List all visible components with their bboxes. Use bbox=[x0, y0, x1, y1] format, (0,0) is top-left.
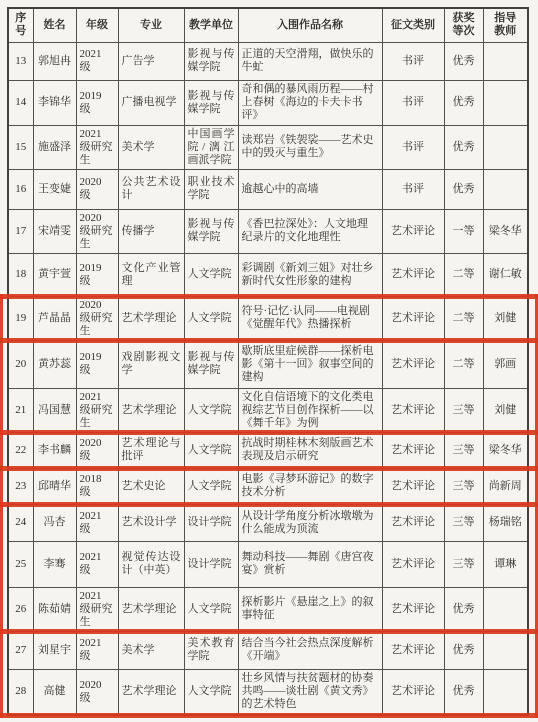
cell-no: 28 bbox=[8, 669, 33, 715]
cell-advisor: 杨瑞铭 bbox=[483, 504, 528, 541]
cell-major: 艺术设计学 bbox=[118, 504, 184, 541]
cell-grade: 2019 级 bbox=[76, 253, 118, 296]
cell-advisor: 尚新周 bbox=[483, 468, 528, 504]
cell-no: 20 bbox=[8, 340, 33, 388]
cell-unit: 人文学院 bbox=[184, 587, 238, 631]
cell-category: 书评 bbox=[382, 42, 444, 80]
cell-no: 17 bbox=[8, 209, 33, 253]
column-header-name: 姓名 bbox=[33, 8, 76, 42]
cell-name: 王变婕 bbox=[33, 169, 76, 209]
cell-grade: 2021 级研究 生 bbox=[76, 587, 118, 631]
cell-award: 三等 bbox=[444, 541, 483, 587]
award-results-table: 序 号姓名年级专业教学单位入围作品名称征文类别获奖 等次指导 教师 13郭旭冉2… bbox=[7, 7, 529, 716]
cell-no: 26 bbox=[8, 587, 33, 631]
cell-major: 艺术学理论 bbox=[118, 388, 184, 432]
cell-work: 文化自信语境下的文化类电视综艺节目创作探析——以《舞千年》为例 bbox=[238, 388, 382, 432]
cell-unit: 人文学院 bbox=[184, 669, 238, 715]
red-marker-hline bbox=[0, 466, 538, 471]
column-header-advisor: 指导 教师 bbox=[483, 8, 528, 42]
table-row: 27刘星宇2021 级美术学美术教育学院结合当今社会热点深度解析《开端》艺术评论… bbox=[8, 631, 528, 669]
cell-category: 艺术评论 bbox=[382, 432, 444, 468]
column-header-grade: 年级 bbox=[76, 8, 118, 42]
table-row: 15施盛泽2021 级研究 生美术学中国画学院/漓江画派学院读郑岩《铁袈裟——艺… bbox=[8, 125, 528, 169]
cell-no: 16 bbox=[8, 169, 33, 209]
red-marker-hline bbox=[0, 629, 538, 634]
cell-award: 优秀 bbox=[444, 631, 483, 669]
cell-award: 二等 bbox=[444, 340, 483, 388]
cell-name: 黄苏蕊 bbox=[33, 340, 76, 388]
cell-no: 14 bbox=[8, 80, 33, 125]
cell-major: 公共艺术设计 bbox=[118, 169, 184, 209]
cell-advisor bbox=[483, 631, 528, 669]
cell-unit: 影视与传媒学院 bbox=[184, 209, 238, 253]
cell-grade: 2020 级 bbox=[76, 669, 118, 715]
cell-unit: 影视与传媒学院 bbox=[184, 340, 238, 388]
cell-no: 18 bbox=[8, 253, 33, 296]
column-header-work: 入围作品名称 bbox=[238, 8, 382, 42]
cell-category: 艺术评论 bbox=[382, 296, 444, 340]
cell-name: 刘星宇 bbox=[33, 631, 76, 669]
cell-grade: 2021 级 bbox=[76, 631, 118, 669]
cell-category: 书评 bbox=[382, 125, 444, 169]
cell-name: 高健 bbox=[33, 669, 76, 715]
cell-major: 艺术学理论 bbox=[118, 587, 184, 631]
header-row: 序 号姓名年级专业教学单位入围作品名称征文类别获奖 等次指导 教师 bbox=[8, 8, 528, 42]
cell-grade: 2020 级研究 生 bbox=[76, 296, 118, 340]
cell-major: 艺术学理论 bbox=[118, 296, 184, 340]
cell-work: 正道的天空滑翔，做快乐的牛虻 bbox=[238, 42, 382, 80]
red-marker-vline bbox=[0, 294, 3, 718]
cell-award: 优秀 bbox=[444, 669, 483, 715]
cell-unit: 职业技术学院 bbox=[184, 169, 238, 209]
cell-work: 奇和偶的暴风雨历程——村上春树《海边的卡夫卡书评》 bbox=[238, 80, 382, 125]
cell-category: 艺术评论 bbox=[382, 209, 444, 253]
table-row: 24冯杏2021 级艺术设计学设计学院从设计学角度分析冰墩墩为什么能成为顶流艺术… bbox=[8, 504, 528, 541]
cell-grade: 2018 级 bbox=[76, 468, 118, 504]
cell-unit: 人文学院 bbox=[184, 432, 238, 468]
scanned-award-list-page: 序 号姓名年级专业教学单位入围作品名称征文类别获奖 等次指导 教师 13郭旭冉2… bbox=[0, 0, 538, 722]
table-row: 22李书麟2020 级艺术理论与批评人文学院抗战时期桂林木刻版画艺术表现及启示研… bbox=[8, 432, 528, 468]
cell-award: 优秀 bbox=[444, 80, 483, 125]
cell-unit: 设计学院 bbox=[184, 541, 238, 587]
cell-no: 13 bbox=[8, 42, 33, 80]
cell-advisor bbox=[483, 80, 528, 125]
cell-advisor bbox=[483, 125, 528, 169]
cell-advisor: 谭琳 bbox=[483, 541, 528, 587]
cell-major: 文化产业管理 bbox=[118, 253, 184, 296]
cell-name: 陈茹婧 bbox=[33, 587, 76, 631]
cell-grade: 2020 级 bbox=[76, 432, 118, 468]
table-row: 17宋靖雯2020 级研究 生传播学影视与传媒学院《香巴拉深处》：人文地理纪录片… bbox=[8, 209, 528, 253]
cell-grade: 2019 级 bbox=[76, 340, 118, 388]
cell-name: 邱晴华 bbox=[33, 468, 76, 504]
cell-award: 三等 bbox=[444, 432, 483, 468]
cell-award: 二等 bbox=[444, 253, 483, 296]
cell-name: 郭旭冉 bbox=[33, 42, 76, 80]
cell-major: 艺术史论 bbox=[118, 468, 184, 504]
cell-no: 27 bbox=[8, 631, 33, 669]
cell-category: 艺术评论 bbox=[382, 631, 444, 669]
results-body: 13郭旭冉2021 级广告学影视与传媒学院正道的天空滑翔，做快乐的牛虻书评优秀1… bbox=[8, 42, 528, 715]
column-header-unit: 教学单位 bbox=[184, 8, 238, 42]
cell-unit: 人文学院 bbox=[184, 388, 238, 432]
cell-grade: 2021 级研究 生 bbox=[76, 388, 118, 432]
cell-work: 逾越心中的高墙 bbox=[238, 169, 382, 209]
cell-work: 结合当今社会热点深度解析《开端》 bbox=[238, 631, 382, 669]
red-marker-hline bbox=[0, 338, 538, 343]
cell-award: 二等 bbox=[444, 296, 483, 340]
red-marker-hline bbox=[0, 294, 538, 299]
table-row: 13郭旭冉2021 级广告学影视与传媒学院正道的天空滑翔，做快乐的牛虻书评优秀 bbox=[8, 42, 528, 80]
cell-name: 李锦华 bbox=[33, 80, 76, 125]
column-header-major: 专业 bbox=[118, 8, 184, 42]
cell-work: 电影《寻梦环游记》的数字技术分析 bbox=[238, 468, 382, 504]
cell-advisor bbox=[483, 587, 528, 631]
column-header-category: 征文类别 bbox=[382, 8, 444, 42]
cell-no: 24 bbox=[8, 504, 33, 541]
table-row: 28高健2020 级艺术学理论人文学院壮乡风情与扶贫题材的协奏共鸣——谈壮剧《黄… bbox=[8, 669, 528, 715]
cell-advisor: 梁冬华 bbox=[483, 209, 528, 253]
cell-unit: 人文学院 bbox=[184, 296, 238, 340]
cell-major: 传播学 bbox=[118, 209, 184, 253]
cell-award: 优秀 bbox=[444, 125, 483, 169]
cell-work: 抗战时期桂林木刻版画艺术表现及启示研究 bbox=[238, 432, 382, 468]
cell-advisor: 刘健 bbox=[483, 296, 528, 340]
cell-no: 23 bbox=[8, 468, 33, 504]
cell-unit: 人文学院 bbox=[184, 468, 238, 504]
cell-work: 彩调剧《新刘三姐》对壮乡新时代女性形象的建构 bbox=[238, 253, 382, 296]
cell-category: 艺术评论 bbox=[382, 388, 444, 432]
cell-category: 艺术评论 bbox=[382, 253, 444, 296]
cell-advisor bbox=[483, 669, 528, 715]
cell-no: 15 bbox=[8, 125, 33, 169]
table-row: 18黄宇萱2019 级文化产业管理人文学院彩调剧《新刘三姐》对壮乡新时代女性形象… bbox=[8, 253, 528, 296]
cell-grade: 2020 级 bbox=[76, 169, 118, 209]
cell-advisor: 梁冬华 bbox=[483, 432, 528, 468]
cell-major: 戏剧影视文学 bbox=[118, 340, 184, 388]
cell-no: 22 bbox=[8, 432, 33, 468]
cell-name: 黄宇萱 bbox=[33, 253, 76, 296]
table-row: 16王变婕2020 级公共艺术设计职业技术学院逾越心中的高墙书评优秀 bbox=[8, 169, 528, 209]
cell-major: 艺术学理论 bbox=[118, 669, 184, 715]
column-header-no: 序 号 bbox=[8, 8, 33, 42]
cell-name: 冯杏 bbox=[33, 504, 76, 541]
cell-category: 书评 bbox=[382, 169, 444, 209]
cell-grade: 2021 级 bbox=[76, 42, 118, 80]
red-marker-hline bbox=[0, 713, 538, 718]
cell-grade: 2019 级 bbox=[76, 80, 118, 125]
table-row: 21冯国慧2021 级研究 生艺术学理论人文学院文化自信语境下的文化类电视综艺节… bbox=[8, 388, 528, 432]
cell-work: 舞动科技——舞剧《唐宫夜宴》赏析 bbox=[238, 541, 382, 587]
cell-work: 壮乡风情与扶贫题材的协奏共鸣——谈壮剧《黄文秀》的艺术特色 bbox=[238, 669, 382, 715]
cell-work: 探析影片《悬崖之上》的叙事特征 bbox=[238, 587, 382, 631]
table-row: 23邱晴华2018 级艺术史论人文学院电影《寻梦环游记》的数字技术分析艺术评论三… bbox=[8, 468, 528, 504]
cell-advisor bbox=[483, 169, 528, 209]
cell-advisor bbox=[483, 42, 528, 80]
table-row: 19芦晶晶2020 级研究 生艺术学理论人文学院符号·记忆·认同——电视剧《觉醒… bbox=[8, 296, 528, 340]
cell-name: 冯国慧 bbox=[33, 388, 76, 432]
table-row: 25李骞2021 级视觉传达设计（中英）设计学院舞动科技——舞剧《唐宫夜宴》赏析… bbox=[8, 541, 528, 587]
cell-major: 广播电视学 bbox=[118, 80, 184, 125]
cell-category: 艺术评论 bbox=[382, 468, 444, 504]
cell-unit: 美术教育学院 bbox=[184, 631, 238, 669]
cell-grade: 2021 级 bbox=[76, 504, 118, 541]
cell-major: 艺术理论与批评 bbox=[118, 432, 184, 468]
red-marker-hline bbox=[0, 430, 538, 435]
cell-category: 艺术评论 bbox=[382, 340, 444, 388]
cell-major: 美术学 bbox=[118, 631, 184, 669]
table-row: 20黄苏蕊2019 级戏剧影视文学影视与传媒学院歇斯底里症候群——探析电影《第十… bbox=[8, 340, 528, 388]
cell-category: 艺术评论 bbox=[382, 669, 444, 715]
cell-category: 艺术评论 bbox=[382, 504, 444, 541]
cell-award: 优秀 bbox=[444, 587, 483, 631]
cell-grade: 2021 级 bbox=[76, 541, 118, 587]
cell-category: 书评 bbox=[382, 80, 444, 125]
cell-advisor: 谢仁敏 bbox=[483, 253, 528, 296]
column-header-award: 获奖 等次 bbox=[444, 8, 483, 42]
cell-unit: 设计学院 bbox=[184, 504, 238, 541]
cell-award: 三等 bbox=[444, 388, 483, 432]
cell-award: 优秀 bbox=[444, 169, 483, 209]
cell-award: 一等 bbox=[444, 209, 483, 253]
cell-grade: 2020 级研究 生 bbox=[76, 209, 118, 253]
cell-name: 宋靖雯 bbox=[33, 209, 76, 253]
cell-work: 《香巴拉深处》：人文地理纪录片的文化地理性 bbox=[238, 209, 382, 253]
red-marker-hline bbox=[0, 502, 538, 507]
cell-category: 艺术评论 bbox=[382, 587, 444, 631]
cell-no: 21 bbox=[8, 388, 33, 432]
cell-category: 艺术评论 bbox=[382, 541, 444, 587]
cell-grade: 2021 级研究 生 bbox=[76, 125, 118, 169]
cell-work: 从设计学角度分析冰墩墩为什么能成为顶流 bbox=[238, 504, 382, 541]
cell-name: 芦晶晶 bbox=[33, 296, 76, 340]
cell-name: 施盛泽 bbox=[33, 125, 76, 169]
cell-work: 歇斯底里症候群——探析电影《第十一回》叙事空间的建构 bbox=[238, 340, 382, 388]
cell-major: 广告学 bbox=[118, 42, 184, 80]
cell-unit: 中国画学院/漓江画派学院 bbox=[184, 125, 238, 169]
table-row: 26陈茹婧2021 级研究 生艺术学理论人文学院探析影片《悬崖之上》的叙事特征艺… bbox=[8, 587, 528, 631]
cell-work: 读郑岩《铁袈裟——艺术史中的毁灭与重生》 bbox=[238, 125, 382, 169]
cell-advisor: 刘健 bbox=[483, 388, 528, 432]
cell-advisor: 郭画 bbox=[483, 340, 528, 388]
cell-major: 视觉传达设计（中英） bbox=[118, 541, 184, 587]
cell-unit: 影视与传媒学院 bbox=[184, 42, 238, 80]
cell-no: 19 bbox=[8, 296, 33, 340]
cell-name: 李书麟 bbox=[33, 432, 76, 468]
cell-award: 优秀 bbox=[444, 42, 483, 80]
cell-work: 符号·记忆·认同——电视剧《觉醒年代》热播探析 bbox=[238, 296, 382, 340]
cell-major: 美术学 bbox=[118, 125, 184, 169]
cell-unit: 影视与传媒学院 bbox=[184, 80, 238, 125]
cell-award: 三等 bbox=[444, 468, 483, 504]
cell-name: 李骞 bbox=[33, 541, 76, 587]
table-row: 14李锦华2019 级广播电视学影视与传媒学院奇和偶的暴风雨历程——村上春树《海… bbox=[8, 80, 528, 125]
cell-unit: 人文学院 bbox=[184, 253, 238, 296]
cell-no: 25 bbox=[8, 541, 33, 587]
cell-award: 三等 bbox=[444, 504, 483, 541]
